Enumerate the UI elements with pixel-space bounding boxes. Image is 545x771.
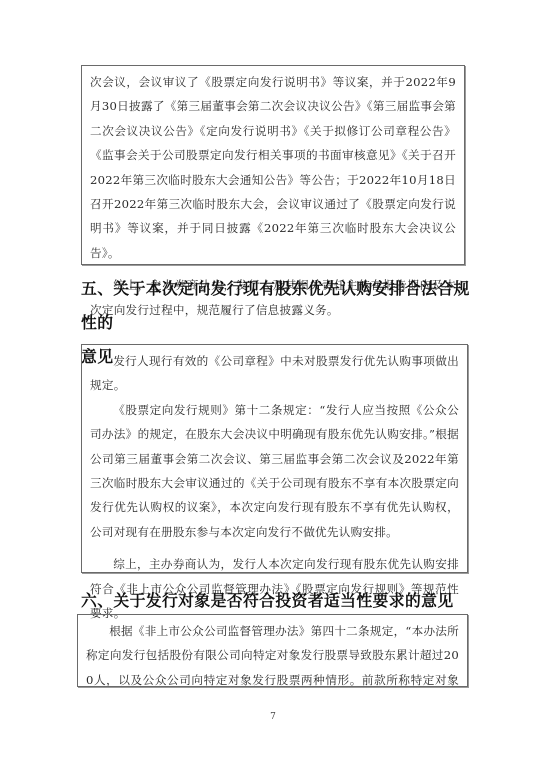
section-5-heading-line1: 五、关于本次定向发行现有股东优先认购安排合法合规性的 <box>81 272 481 340</box>
suitability-paragraph: 根据《非上市公众公司监督管理办法》第四十二条规定，“本办法所称定向发行包括股份有… <box>86 619 459 687</box>
disclosure-paragraph: 次会议，会议审议了《股票定向发行说明书》等议案，并于2022年9月30日披露了《… <box>90 70 456 265</box>
section-6-heading: 六、关于发行对象是否符合投资者适当性要求的意见 <box>81 584 481 618</box>
text-box-investor-suitability: 根据《非上市公众公司监督管理办法》第四十二条规定，“本办法所称定向发行包括股份有… <box>77 614 468 687</box>
page-number: 7 <box>268 712 278 722</box>
text-box-priority-subscription: 发行人现行有效的《公司章程》中未对股票发行优先认购事项做出规定。 《股票定向发行… <box>81 344 468 573</box>
text-box-disclosure: 次会议，会议审议了《股票定向发行说明书》等议案，并于2022年9月30日披露了《… <box>81 65 465 265</box>
articles-paragraph: 发行人现行有效的《公司章程》中未对股票发行优先认购事项做出规定。 <box>90 349 459 398</box>
rules-paragraph: 《股票定向发行规则》第十二条规定：“发行人应当按照《公众公司办法》的规定，在股东… <box>90 398 459 544</box>
